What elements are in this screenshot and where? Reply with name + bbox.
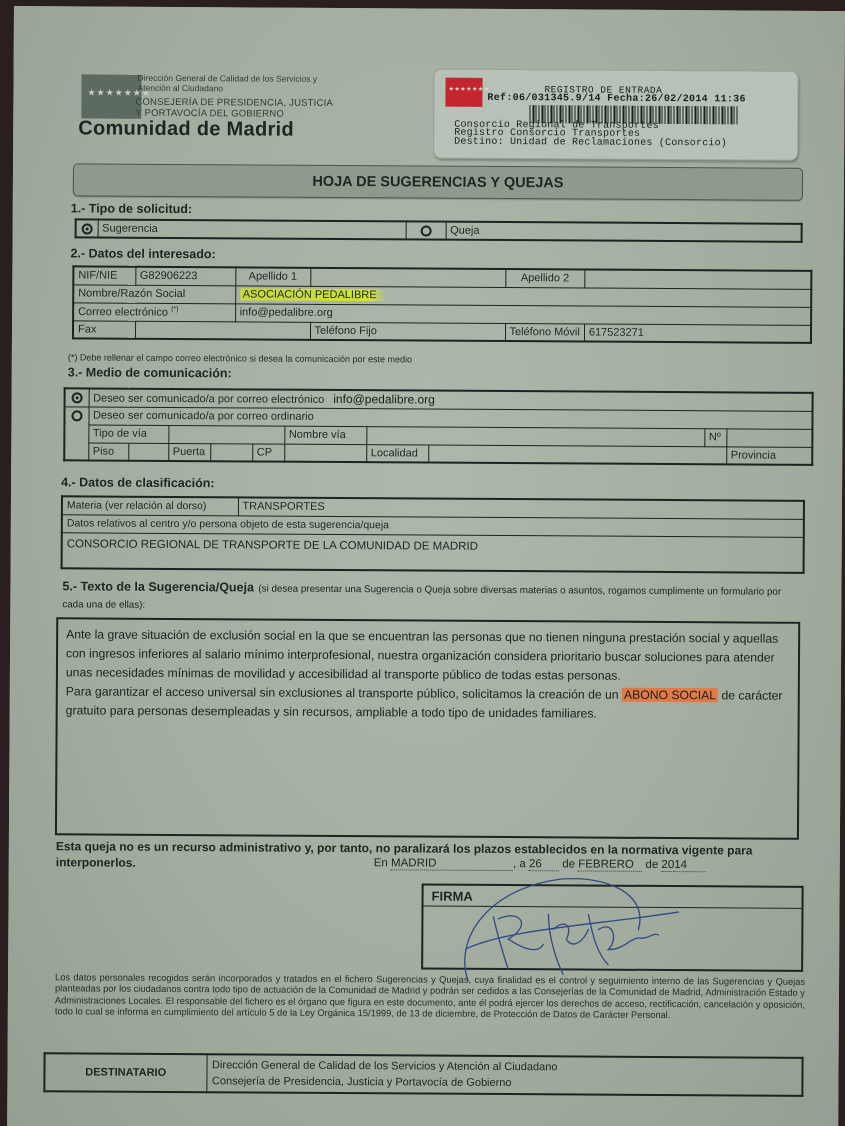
destinatario-value: Dirección General de Calidad de los Serv… [206, 1054, 802, 1096]
section-2-heading: 2.- Datos del interesado: [70, 246, 215, 261]
tipo-via-label: Tipo de vía [88, 424, 168, 442]
month-field[interactable]: FEBRERO [578, 858, 642, 871]
nombre-value-highlighted: ASOCIACIÓN PEDALIBRE [240, 288, 387, 301]
email-option-label: Deseo ser comunicado/a por correo electr… [93, 393, 324, 406]
destinatario-line-2: Consejería de Presidencia, Justicia y Po… [212, 1073, 797, 1093]
apellido1-label: Apellido 1 [235, 267, 310, 285]
nombre-label: Nombre/Razón Social [73, 284, 235, 303]
queja-paragraph-2: Para garantizar el acceso universal sin … [66, 682, 790, 724]
clasificacion-table: Materia (ver relación al dorso) TRANSPOR… [61, 495, 805, 574]
piso-field[interactable] [128, 443, 168, 461]
firma-box[interactable]: FIRMA [421, 884, 804, 972]
localidad-label: Localidad [366, 444, 428, 462]
cp-label: CP [252, 443, 284, 461]
registro-entrada-stamp: ★★★★★★★ REGISTRO DE ENTRADA Ref:06/03134… [433, 69, 799, 161]
firma-label: FIRMA [424, 886, 802, 909]
tipo-via-field[interactable] [168, 425, 284, 444]
stamp-line-3: Destino: Unidad de Reclamaciones (Consor… [454, 138, 727, 149]
fax-field[interactable] [135, 321, 310, 340]
telmovil-field[interactable]: 617523271 [584, 323, 811, 342]
section-3-heading: 3.- Medio de comunicación: [68, 365, 232, 380]
radio-empty-icon [420, 225, 431, 236]
datos-centro-field[interactable]: CONSORCIO REGIONAL DE TRANSPORTE DE LA C… [62, 532, 804, 573]
p2-before: Para garantizar el acceso universal sin … [66, 684, 622, 701]
radio-empty-icon [71, 410, 82, 421]
medio-comunicacion-table: Deseo ser comunicado/a por correo electr… [63, 387, 813, 466]
section-5-heading-block: 5.- Texto de la Sugerencia/Queja (si des… [62, 578, 802, 617]
queja-paragraph-1: Ante la grave situación de exclusión soc… [66, 625, 790, 686]
telmovil-label: Teléfono Móvil [505, 323, 584, 341]
org-line-2: Atención al Ciudadano [137, 83, 223, 94]
telfijo-cell: Teléfono Fijo [310, 322, 505, 341]
piso-label: Piso [88, 442, 128, 460]
radio-sugerencia[interactable] [76, 219, 98, 237]
radio-email[interactable] [65, 388, 89, 406]
label-sugerencia: Sugerencia [98, 220, 406, 240]
nombre-via-label: Nombre vía [284, 426, 366, 445]
apellido2-field[interactable] [585, 269, 812, 288]
date-de-2: de [645, 859, 658, 871]
stars-icon: ★★★★★★★ [87, 88, 135, 96]
puerta-field[interactable] [210, 443, 252, 461]
apellido2-label: Apellido 2 [505, 269, 584, 287]
correo-label: Correo electrónico (*) [73, 302, 235, 321]
cp-field[interactable] [284, 444, 366, 463]
datos-interesado-table: NIF/NIE G82906223 Apellido 1 Apellido 2 … [72, 265, 812, 344]
localidad-field[interactable] [428, 445, 726, 465]
puerta-label: Puerta [168, 443, 210, 461]
correo-footnote: (*) Debe rellenar el campo correo electr… [68, 352, 412, 364]
stars-icon: ★★★★★★★ [448, 87, 479, 93]
label-queja: Queja [446, 222, 802, 242]
materia-label: Materia (ver relación al dorso) [62, 496, 238, 515]
section-1-heading: 1.- Tipo de solicitud: [71, 201, 192, 216]
destinatario-table: DESTINATARIO Dirección General de Calida… [43, 1052, 803, 1097]
year-field[interactable]: 2014 [661, 859, 705, 872]
date-de-1: de [562, 858, 575, 870]
apellido1-field[interactable] [310, 268, 505, 287]
form-paper: ★★★★★★★ Dirección General de Calidad de … [7, 6, 845, 1126]
correo-label-text: Correo electrónico [78, 306, 168, 319]
day-field[interactable]: 26 [529, 858, 559, 871]
correo-mark: (*) [171, 306, 178, 313]
nif-field[interactable]: G82906223 [135, 267, 235, 286]
form-title: HOJA DE SUGERENCIAS Y QUEJAS [73, 163, 803, 200]
destinatario-label: DESTINATARIO [44, 1053, 206, 1092]
radio-selected-icon [71, 392, 82, 403]
privacy-notice: Los datos personales recogidos serán inc… [55, 972, 805, 1022]
radio-selected-icon [81, 223, 92, 234]
radio-post[interactable] [64, 406, 88, 460]
telfijo-label: Teléfono Fijo [314, 325, 376, 337]
section-4-heading: 4.- Datos de clasificación: [61, 475, 215, 490]
radio-queja[interactable] [406, 221, 446, 239]
comunidad-madrid-logo-icon: ★★★★★★★ [81, 74, 141, 118]
section-5-heading: 5.- Texto de la Sugerencia/Queja [62, 579, 254, 594]
madrid-flag-icon: ★★★★★★★ [445, 78, 482, 107]
date-en: En [374, 857, 388, 869]
fax-label: Fax [73, 320, 135, 338]
numero-field[interactable] [726, 428, 812, 447]
date-a: , a [513, 858, 526, 870]
nif-label: NIF/NIE [73, 266, 135, 284]
queja-text-area[interactable]: Ante la grave situación de exclusión soc… [55, 617, 800, 840]
abono-social-highlight: ABONO SOCIAL [622, 688, 718, 703]
numero-label: Nº [704, 428, 726, 446]
tipo-solicitud-table: Sugerencia Queja [75, 218, 803, 242]
email-option-value[interactable]: info@pedalibre.org [333, 392, 435, 407]
nombre-via-field[interactable] [366, 426, 704, 446]
provincia-label: Provincia [726, 446, 812, 465]
brand-name: Comunidad de Madrid [78, 117, 294, 141]
city-field[interactable]: MADRID [391, 857, 513, 871]
stamp-ref: Ref:06/031345.9/14 Fecha:26/02/2014 11:3… [487, 93, 745, 106]
date-line: En MADRID, a 26 de FEBRERO de 2014 [374, 857, 706, 872]
